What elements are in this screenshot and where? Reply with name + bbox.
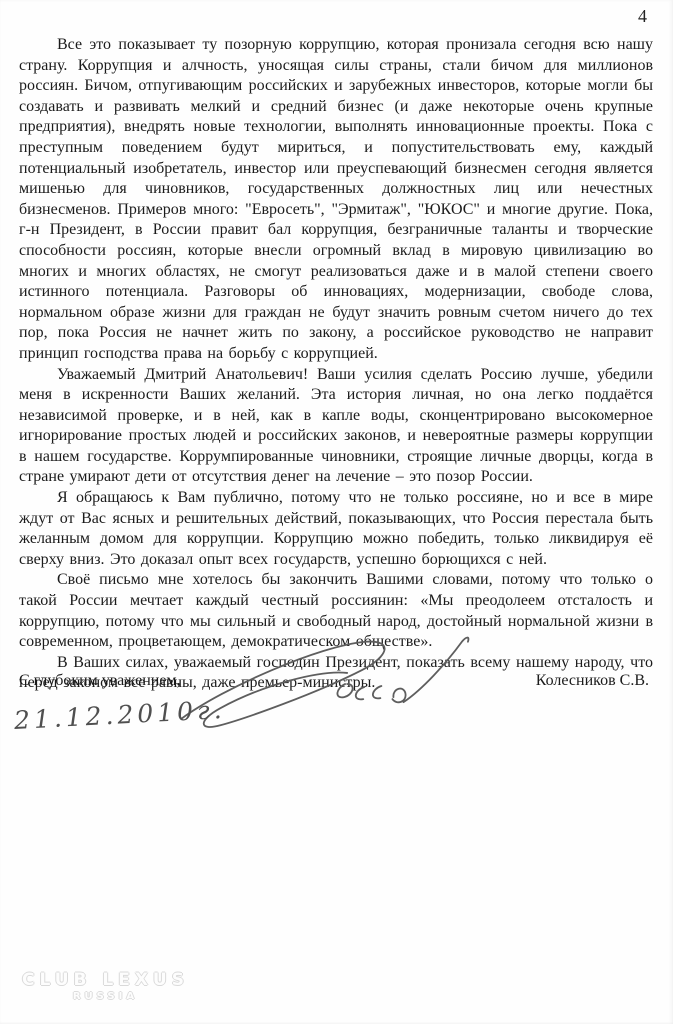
paragraph-3: Я обращаюсь к Вам публично, потому что н…	[19, 488, 653, 570]
paragraph-4: Своё письмо мне хотелось бы закончить Ва…	[19, 570, 653, 652]
paragraph-2: Уважаемый Дмитрий Анатольевич! Ваши усил…	[19, 365, 653, 489]
scanned-letter-page: 4 Все это показывает ту позорную коррупц…	[0, 0, 673, 1024]
closing-row: С глубоким уважением, Колесников С.В.	[19, 672, 649, 690]
closing-salutation: С глубоким уважением,	[19, 672, 181, 690]
watermark-line1: CLUB LEXUS	[22, 970, 189, 990]
signer-name: Колесников С.В.	[536, 672, 649, 690]
watermark-line2: RUSSIA	[22, 991, 189, 1002]
page-number: 4	[638, 6, 647, 27]
handwritten-date: 21.12.2010г.	[13, 695, 226, 735]
paragraph-1: Все это показывает ту позорную коррупцию…	[19, 35, 653, 365]
letter-body: Все это показывает ту позорную коррупцию…	[19, 35, 653, 694]
club-lexus-watermark: CLUB LEXUS RUSSIA	[22, 970, 189, 1002]
